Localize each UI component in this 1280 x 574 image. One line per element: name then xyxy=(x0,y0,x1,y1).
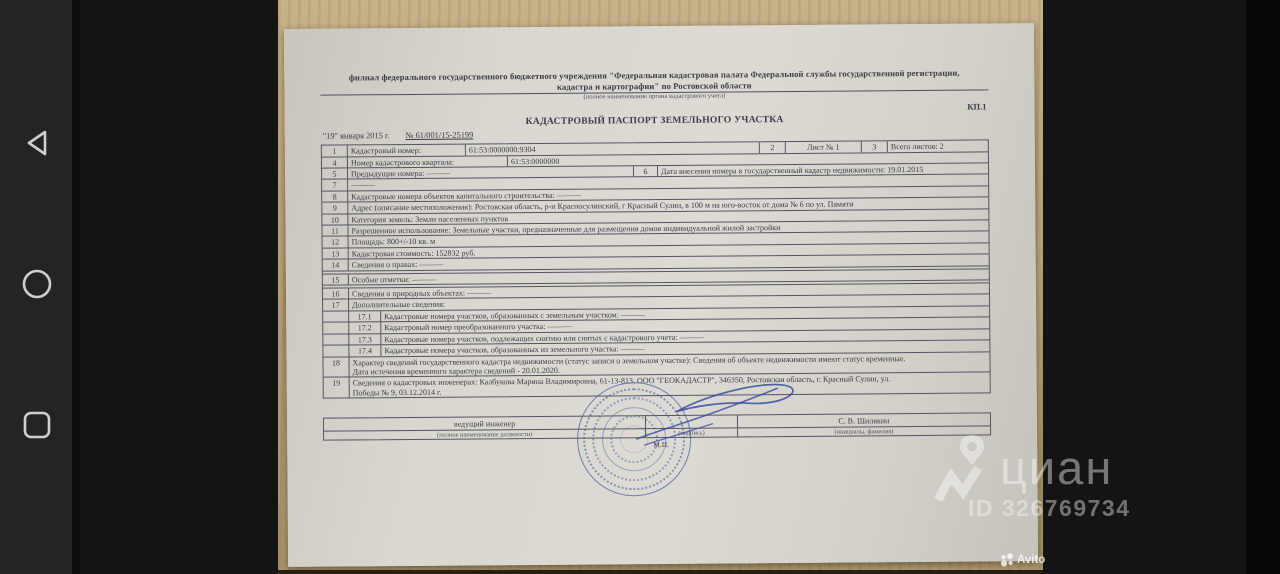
row-number-cell: 19 xyxy=(324,378,350,398)
screen-right-edge xyxy=(1246,0,1280,574)
home-circle-icon xyxy=(24,271,50,297)
row-number-cell: 9 xyxy=(322,203,348,214)
back-triangle-icon xyxy=(29,132,45,154)
handwritten-signature-icon xyxy=(616,376,807,472)
row-number-cell xyxy=(323,311,349,322)
row-number-cell: 13 xyxy=(323,248,349,259)
table-cell: 3 xyxy=(862,141,888,152)
row-number-cell: 8 xyxy=(322,191,348,202)
table-cell: 17.2 xyxy=(349,322,381,333)
document-date: "19" января 2015 г. xyxy=(323,131,390,142)
document-photo: филиал федерального государственного бюд… xyxy=(278,0,1043,574)
row-number-cell xyxy=(323,334,349,345)
cadastral-passport-paper: филиал федерального государственного бюд… xyxy=(284,23,1038,567)
row-number-cell: 14 xyxy=(323,260,349,271)
row-number-cell: 5 xyxy=(322,168,348,179)
row-number-cell: 15 xyxy=(323,274,349,285)
avito-brand-text: Avito xyxy=(1017,554,1045,566)
row-number-cell: 17 xyxy=(323,300,349,311)
table-cell: 17.1 xyxy=(349,311,381,322)
document-number: № 61/001/15-25199 xyxy=(405,131,473,142)
photo-bottom-edge xyxy=(278,570,1043,574)
row-number-cell: 16 xyxy=(323,289,349,300)
avito-watermark: Avito xyxy=(1000,553,1045,567)
row-number-cell: 1 xyxy=(322,146,348,157)
row-number-cell: 10 xyxy=(322,214,348,225)
table-cell: Особые отметки: ——— xyxy=(349,269,989,284)
back-button[interactable] xyxy=(20,126,54,160)
recents-button[interactable] xyxy=(20,408,54,442)
table-cell: 6 xyxy=(634,166,658,177)
listing-id: ID 326769734 xyxy=(968,497,1131,520)
recents-square-icon xyxy=(25,413,49,437)
cadastral-table: 1Кадастровый номер:61:53:0000000:93042Ли… xyxy=(321,140,991,399)
document-content: филиал федерального государственного бюд… xyxy=(320,67,991,398)
avito-dots-icon xyxy=(1000,553,1014,567)
row-number-cell xyxy=(323,346,349,357)
table-cell: Номер кадастрового квартала: xyxy=(348,156,508,168)
row-number-cell: 18 xyxy=(323,357,349,377)
row-number-cell: 12 xyxy=(323,237,349,248)
cian-watermark: циан ID 326769734 xyxy=(930,430,1180,530)
table-cell: 17.4 xyxy=(349,345,381,356)
table-cell: 17.3 xyxy=(349,334,381,345)
android-nav-bar xyxy=(0,0,80,574)
table-cell: Всего листов: 2 xyxy=(888,141,988,152)
home-button[interactable] xyxy=(20,267,54,301)
cian-brand-text: циан xyxy=(1000,444,1113,491)
table-cell: Кадастровый номер: xyxy=(348,145,466,156)
row-number-cell: 11 xyxy=(322,225,348,236)
row-number-cell: 4 xyxy=(322,157,348,168)
row-number-cell xyxy=(323,323,349,334)
row-number-cell: 7 xyxy=(322,180,348,191)
table-cell: Лист № 1 xyxy=(786,142,862,153)
table-cell: 2 xyxy=(760,142,786,153)
